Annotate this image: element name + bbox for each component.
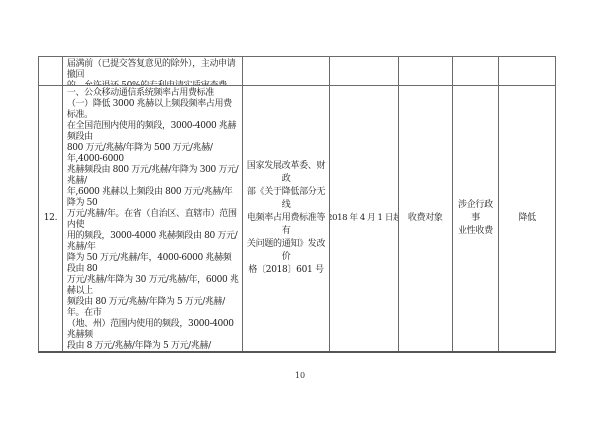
row-number-cell: [39, 57, 63, 85]
target-cell-empty: [399, 57, 453, 85]
basis-cell-empty: [243, 57, 330, 85]
policy-content-cell: 一、公众移动通信系统频率占用费标准 （一）降低 3000 兆赫以上频段频率占用费…: [63, 86, 243, 351]
table-row-12: 12. 一、公众移动通信系统频率占用费标准 （一）降低 3000 兆赫以上频段频…: [39, 86, 555, 351]
policy-content-cell: 届满前（已提交答复意见的除外），主动申请撤回 的，允许退还 50%的专利申请实质…: [63, 57, 243, 85]
table-row-continued: 届满前（已提交答复意见的除外），主动申请撤回 的，允许退还 50%的专利申请实质…: [39, 57, 555, 86]
fee-type-cell-empty: [453, 57, 500, 85]
page-number: 10: [0, 371, 600, 380]
policy-basis-cell: 国家发展改革委、财政 部《关于降低部分无线 电频率占用费标准等有 关问题的通知》…: [243, 86, 330, 351]
effective-date-cell: 2018 年 4 月 1 日起: [330, 86, 399, 351]
fee-type-cell: 涉企行政事 业性收费: [453, 86, 500, 351]
adjustment-cell: 降低: [499, 86, 555, 351]
charge-target-cell: 收费对象: [399, 86, 453, 351]
date-cell-empty: [330, 57, 399, 85]
row-number-cell: 12.: [39, 86, 63, 351]
fee-policy-table: 届满前（已提交答复意见的除外），主动申请撤回 的，允许退还 50%的专利申请实质…: [38, 56, 556, 353]
adjustment-cell-empty: [499, 57, 555, 85]
